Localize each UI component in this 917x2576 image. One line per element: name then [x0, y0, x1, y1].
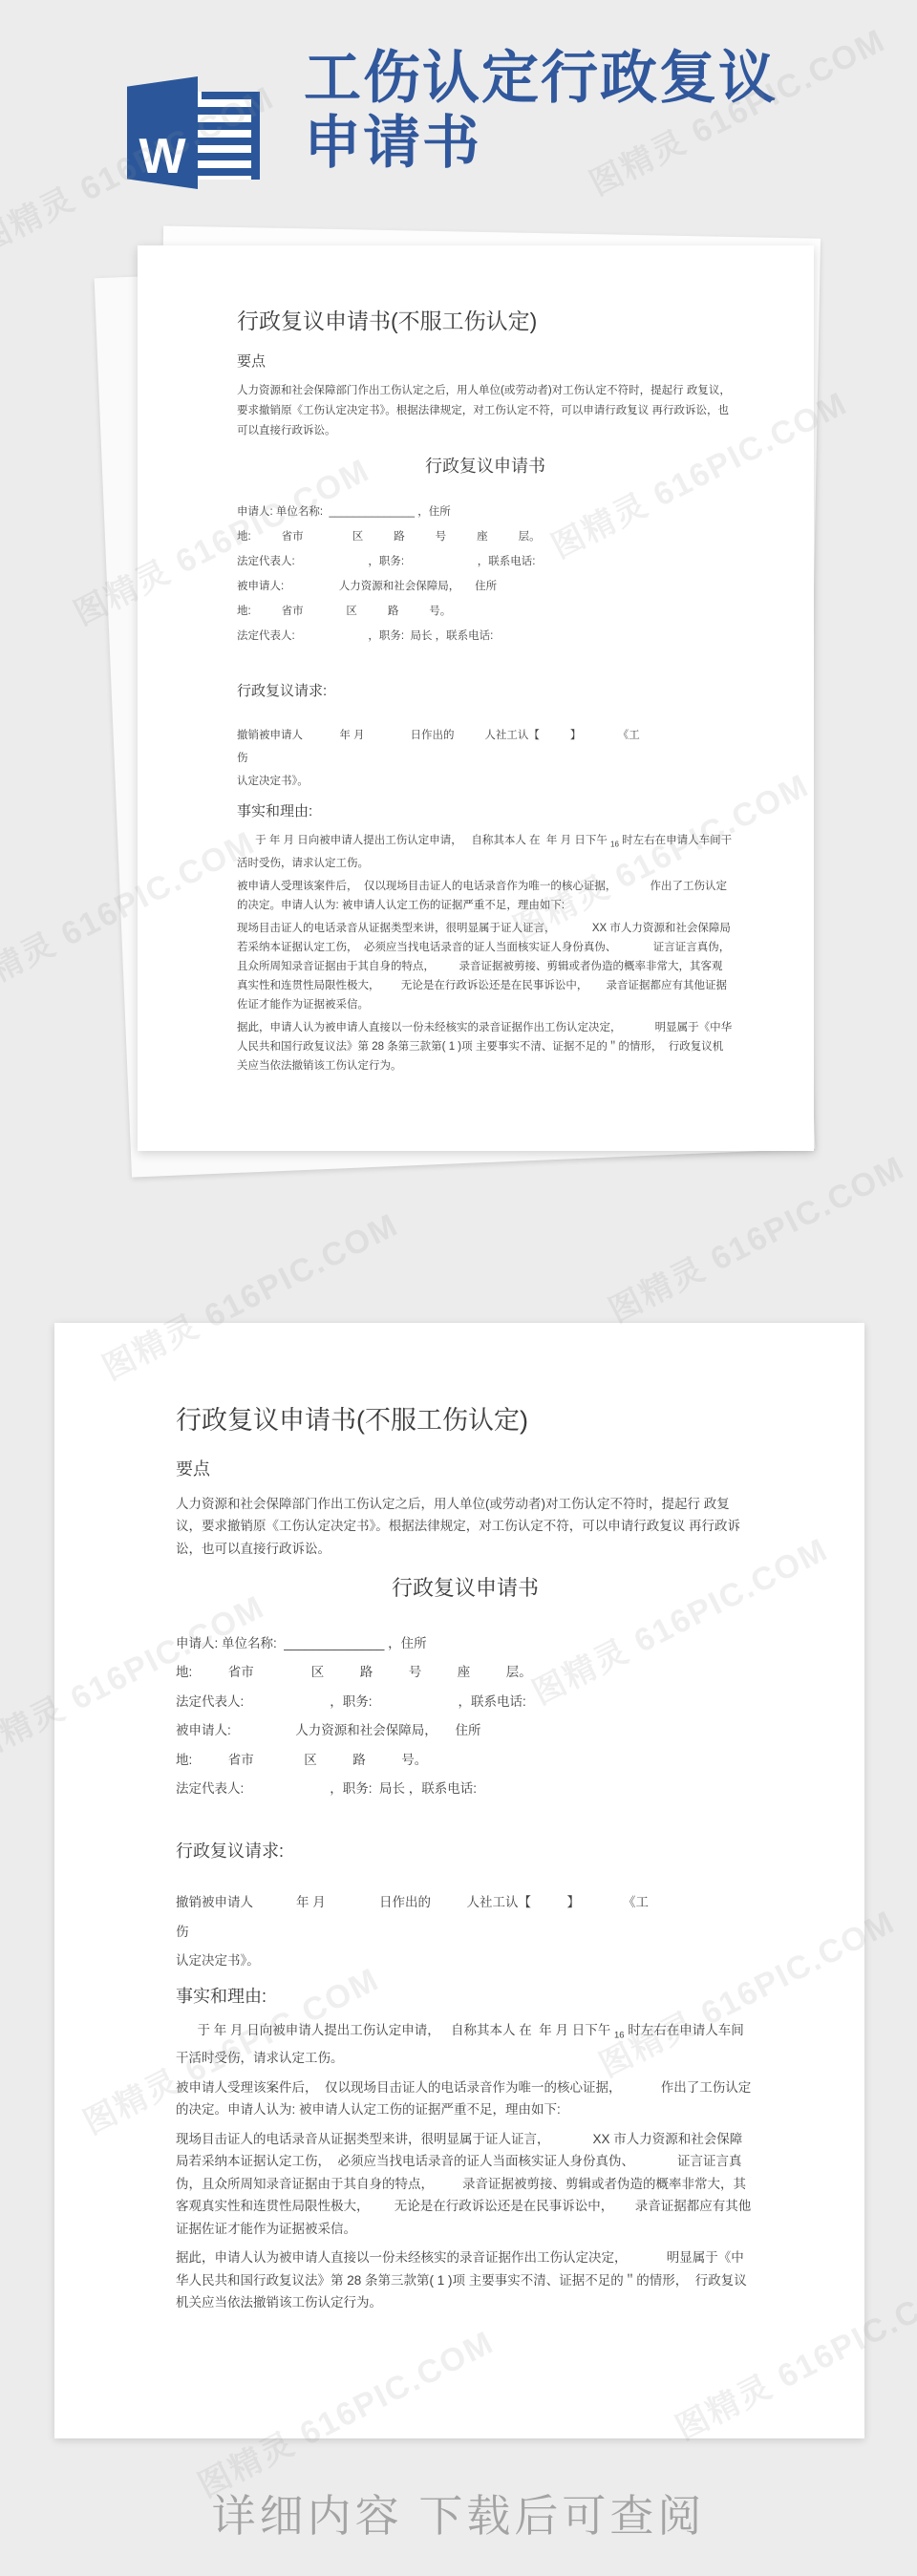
fact-paragraph-1: 于 年 月 日向被申请人提出工伤认定申请， 自称其本人 在 年 月 日下午 16… — [237, 831, 734, 873]
template-preview-page: { "colors": { "background": "#ececec", "… — [0, 0, 917, 2576]
document-content: 行政复议申请书(不服工伤认定) 要点 人力资源和社会保障部门作出工伤认定之后，用… — [138, 245, 814, 1075]
form-line-respondent-legal-rep: 法定代表人: ，职务: 局长 ，联系电话: — [176, 1778, 755, 1800]
fact-paragraph-1: 于 年 月 日向被申请人提出工伤认定申请， 自称其本人 在 年 月 日下午 16… — [176, 2019, 755, 2070]
word-icon-cover: W — [127, 76, 198, 189]
document-preview-page-2: 行政复议申请书(不服工伤认定) 要点 人力资源和社会保障部门作出工伤认定之后，用… — [54, 1323, 864, 2438]
form-line-respondent: 被申请人: 人力资源和社会保障局， 住所 — [237, 577, 734, 596]
facts-label: 事实和理由: — [237, 802, 734, 821]
fact-paragraph-2: 被申请人受理该案件后， 仅以现场目击证人的电话录音作为唯一的核心证据， 作出了工… — [237, 877, 734, 915]
header: W 工伤认定行政复议 申请书 — [0, 0, 917, 224]
keypoints-label: 要点 — [237, 352, 734, 372]
word-icon-letter: W — [139, 132, 185, 189]
fact1-text: 于 年 月 日向被申请人提出工伤认定申请， 自称其本人 在 年 月 日下午 — [176, 2023, 614, 2037]
facts-label: 事实和理由: — [176, 1986, 755, 2009]
doc-subtitle: 行政复议申请书 — [237, 457, 734, 476]
doc-subtitle: 行政复议申请书 — [176, 1577, 755, 1600]
footer-caption: 详细内容 下载后可查阅 — [0, 2481, 917, 2544]
fact1-subscript: 16 — [610, 840, 619, 848]
request-line: 伤 — [176, 1921, 755, 1944]
form-line-legal-rep: 法定代表人: ，职务: ，联系电话: — [237, 552, 734, 571]
form-line-respondent-address: 地: 省市 区 路 号。 — [176, 1749, 755, 1772]
keypoints-paragraph: 人力资源和社会保障部门作出工伤认定之后，用人单位(或劳动者)对工伤认定不符时，提… — [237, 381, 734, 441]
fact-paragraph-4: 据此，申请人认为被申请人直接以一份未经核实的录音证据作出工伤认定决定， 明显属于… — [237, 1018, 734, 1075]
keypoints-paragraph: 人力资源和社会保障部门作出工伤认定之后，用人单位(或劳动者)对工伤认定不符时，提… — [176, 1493, 755, 1561]
request-line: 撤销被申请人 年 月 日作出的 人社工认【 】 《工 — [176, 1891, 755, 1914]
form-line-address: 地: 省市 区 路 号 座 层。 — [237, 527, 734, 546]
fact1-subscript: 16 — [614, 2031, 625, 2041]
keypoints-label: 要点 — [176, 1458, 755, 1481]
word-icon-page — [188, 92, 260, 180]
form-line-applicant: 申请人: 单位名称: ______________ ，住所 — [176, 1632, 755, 1655]
fact-paragraph-4: 据此，申请人认为被申请人直接以一份未经核实的录音证据作出工伤认定决定， 明显属于… — [176, 2246, 755, 2314]
request-label: 行政复议请求: — [237, 682, 734, 701]
form-line-respondent-legal-rep: 法定代表人: ，职务: 局长 ，联系电话: — [237, 627, 734, 646]
form-line-applicant: 申请人: 单位名称: ______________ ，住所 — [237, 502, 734, 522]
fact-paragraph-3: 现场目击证人的电话录音从证据类型来讲，很明显属于证人证言， XX 市人力资源和社… — [237, 919, 734, 1014]
doc-heading: 行政复议申请书(不服工伤认定) — [176, 1403, 755, 1437]
request-line: 认定决定书》。 — [237, 772, 734, 791]
form-line-respondent: 被申请人: 人力资源和社会保障局， 住所 — [176, 1719, 755, 1742]
document-content: 行政复议申请书(不服工伤认定) 要点 人力资源和社会保障部门作出工伤认定之后，用… — [54, 1323, 864, 2314]
page-title: 工伤认定行政复议 申请书 — [304, 46, 778, 176]
fact-paragraph-2: 被申请人受理该案件后， 仅以现场目击证人的电话录音作为唯一的核心证据， 作出了工… — [176, 2076, 755, 2121]
doc-heading: 行政复议申请书(不服工伤认定) — [237, 307, 734, 335]
document-preview-page-1: 行政复议申请书(不服工伤认定) 要点 人力资源和社会保障部门作出工伤认定之后，用… — [138, 245, 814, 1151]
fact-paragraph-3: 现场目击证人的电话录音从证据类型来讲，很明显属于证人证言， XX 市人力资源和社… — [176, 2128, 755, 2241]
word-icon: W — [127, 76, 256, 191]
fact1-text: 于 年 月 日向被申请人提出工伤认定申请， 自称其本人 在 年 月 日下午 — [237, 835, 610, 846]
form-line-legal-rep: 法定代表人: ，职务: ，联系电话: — [176, 1691, 755, 1714]
page-title-line2: 申请书 — [304, 111, 778, 176]
request-line: 认定决定书》。 — [176, 1949, 755, 1972]
request-line: 伤 — [237, 749, 734, 768]
form-line-respondent-address: 地: 省市 区 路 号。 — [237, 602, 734, 621]
request-label: 行政复议请求: — [176, 1841, 755, 1863]
request-line: 撤销被申请人 年 月 日作出的 人社工认【 】 《工 — [237, 726, 734, 745]
page-title-line1: 工伤认定行政复议 — [304, 46, 778, 111]
watermark-text: 图精灵 616PIC.COM — [599, 1141, 911, 1331]
form-line-address: 地: 省市 区 路 号 座 层。 — [176, 1661, 755, 1684]
